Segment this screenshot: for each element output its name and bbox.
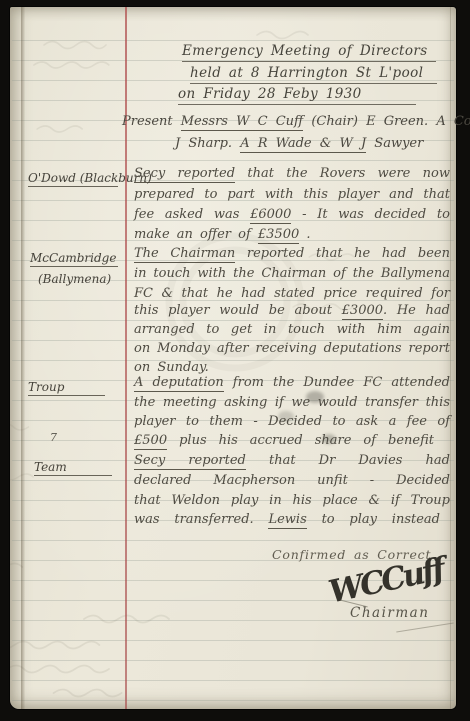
- minutes-line: player to them - Decided to ask a fee of: [134, 414, 450, 429]
- attendance-line-1: Present Messrs W C Cuff (Chair) E Green.…: [122, 114, 470, 129]
- line-text: plus his accrued share of benefit: [167, 433, 434, 448]
- line-text: declared Macpherson unfit - Decided: [134, 473, 450, 488]
- line-text: - It was decided to: [291, 207, 450, 222]
- bleed-through-writing: [10, 7, 456, 709]
- heading-line-1: Emergency Meeting of Directors: [182, 40, 436, 59]
- minutes-line: this player would be about £3000. He had: [134, 303, 450, 318]
- line-text: (Chair) E Green. A Coffey: [303, 114, 470, 129]
- signatory-role: Chairman: [350, 605, 429, 621]
- line-text: in touch with the Chairman of the Ballym…: [134, 266, 450, 281]
- underlined-phrase: £3000: [342, 303, 383, 320]
- underlined-phrase: The Chairman: [134, 246, 235, 263]
- line-text: make an offer of: [134, 227, 258, 242]
- minutes-line: £500 plus his accrued share of benefit: [134, 433, 434, 448]
- line-text: was transferred.: [134, 512, 268, 527]
- minutes-line: The Chairman reported that he had been: [134, 246, 450, 261]
- underlined-phrase: A deputation: [134, 375, 224, 392]
- minutes-line: arranged to get in touch with him again: [134, 322, 450, 337]
- line-text: that Weldon play in his place & if Troup: [134, 493, 450, 508]
- margin-label: O'Dowd (Blackburn): [28, 171, 118, 187]
- line-text: from the Dundee FC attended: [224, 375, 450, 390]
- minutes-line: was transferred. Lewis to play instead: [134, 512, 440, 527]
- line-text: reported that he had been: [235, 246, 450, 261]
- margin-note-team: Team: [34, 456, 112, 476]
- line-text: the meeting asking if we would transfer …: [134, 395, 450, 410]
- margin-label: Team: [34, 460, 112, 476]
- heading-line-2: held at 8 Harrington St L'pool: [190, 62, 437, 81]
- margin-label: (Ballymena): [38, 272, 111, 287]
- heading-line-3: on Friday 28 Feby 1930: [178, 83, 416, 102]
- underlined-phrase: £6000: [250, 207, 291, 224]
- heading-text: Emergency Meeting of Directors: [182, 43, 436, 62]
- minutes-line: fee asked was £6000 - It was decided to: [134, 207, 450, 222]
- underlined-phrase: Secy reported: [134, 453, 246, 470]
- heading-text: held at 8 Harrington St L'pool: [190, 65, 437, 84]
- margin-note-odowd: O'Dowd (Blackburn): [28, 167, 118, 187]
- line-text: arranged to get in touch with him again: [134, 322, 450, 337]
- minutes-line: FC & that he had stated price required f…: [134, 286, 450, 301]
- line-text: . He had: [383, 303, 450, 318]
- stray-mark: 7: [50, 431, 57, 444]
- heading-text: on Friday 28 Feby 1930: [178, 86, 416, 105]
- minutes-line: in touch with the Chairman of the Ballym…: [134, 266, 450, 281]
- line-text: on Monday after receiving deputations re…: [134, 341, 450, 356]
- margin-note-troup: Troup: [28, 376, 105, 396]
- margin-note-mccambridge: McCambridge: [30, 247, 118, 267]
- scanned-minute-book-page: Emergency Meeting of Directors held at 8…: [0, 0, 470, 721]
- line-text: FC & that he had stated price required f…: [134, 286, 450, 301]
- underlined-phrase: £500: [134, 433, 167, 450]
- underlined-phrase: Messrs W C Cuff: [181, 114, 303, 131]
- attendance-line-2: J Sharp. A R Wade & W J Sawyer: [175, 136, 423, 151]
- line-text: fee asked was: [134, 207, 250, 222]
- line-text: prepared to part with this player and th…: [134, 187, 450, 202]
- margin-label: McCambridge: [30, 251, 118, 267]
- ledger-page: Emergency Meeting of Directors held at 8…: [10, 7, 456, 709]
- minutes-line: prepared to part with this player and th…: [134, 187, 450, 202]
- line-text: to play instead: [307, 512, 440, 527]
- underlined-phrase: Secy reported: [134, 166, 235, 183]
- line-text: that Dr Davies had: [246, 453, 450, 468]
- minutes-line: make an offer of £3500 .: [134, 227, 311, 242]
- minutes-line: on Monday after receiving deputations re…: [134, 341, 450, 356]
- underlined-phrase: A R Wade & W J: [240, 136, 366, 153]
- minutes-line: Secy reported that the Rovers were now: [134, 166, 450, 181]
- line-text: Present: [122, 114, 181, 129]
- line-text: on Sunday.: [134, 360, 209, 375]
- line-text: J Sharp.: [175, 136, 240, 151]
- minutes-line: on Sunday.: [134, 360, 209, 375]
- minutes-line: Secy reported that Dr Davies had: [134, 453, 450, 468]
- line-text: .: [299, 227, 310, 242]
- underlined-phrase: £3500: [258, 227, 299, 244]
- line-text: Sawyer: [366, 136, 423, 151]
- line-text: that the Rovers were now: [235, 166, 450, 181]
- margin-label: Troup: [28, 380, 105, 396]
- minutes-line: that Weldon play in his place & if Troup: [134, 493, 450, 508]
- margin-note-ballymena: (Ballymena): [38, 268, 111, 287]
- binding-crease: [21, 7, 25, 709]
- line-text: player to them - Decided to ask a fee of: [134, 414, 450, 429]
- minutes-line: declared Macpherson unfit - Decided: [134, 473, 450, 488]
- minutes-line: the meeting asking if we would transfer …: [134, 395, 450, 410]
- page-edge: [450, 7, 451, 709]
- underlined-phrase: Lewis: [268, 512, 306, 529]
- margin-rule-red: [125, 7, 127, 709]
- line-text: this player would be about: [134, 303, 342, 318]
- minutes-line: A deputation from the Dundee FC attended: [134, 375, 450, 390]
